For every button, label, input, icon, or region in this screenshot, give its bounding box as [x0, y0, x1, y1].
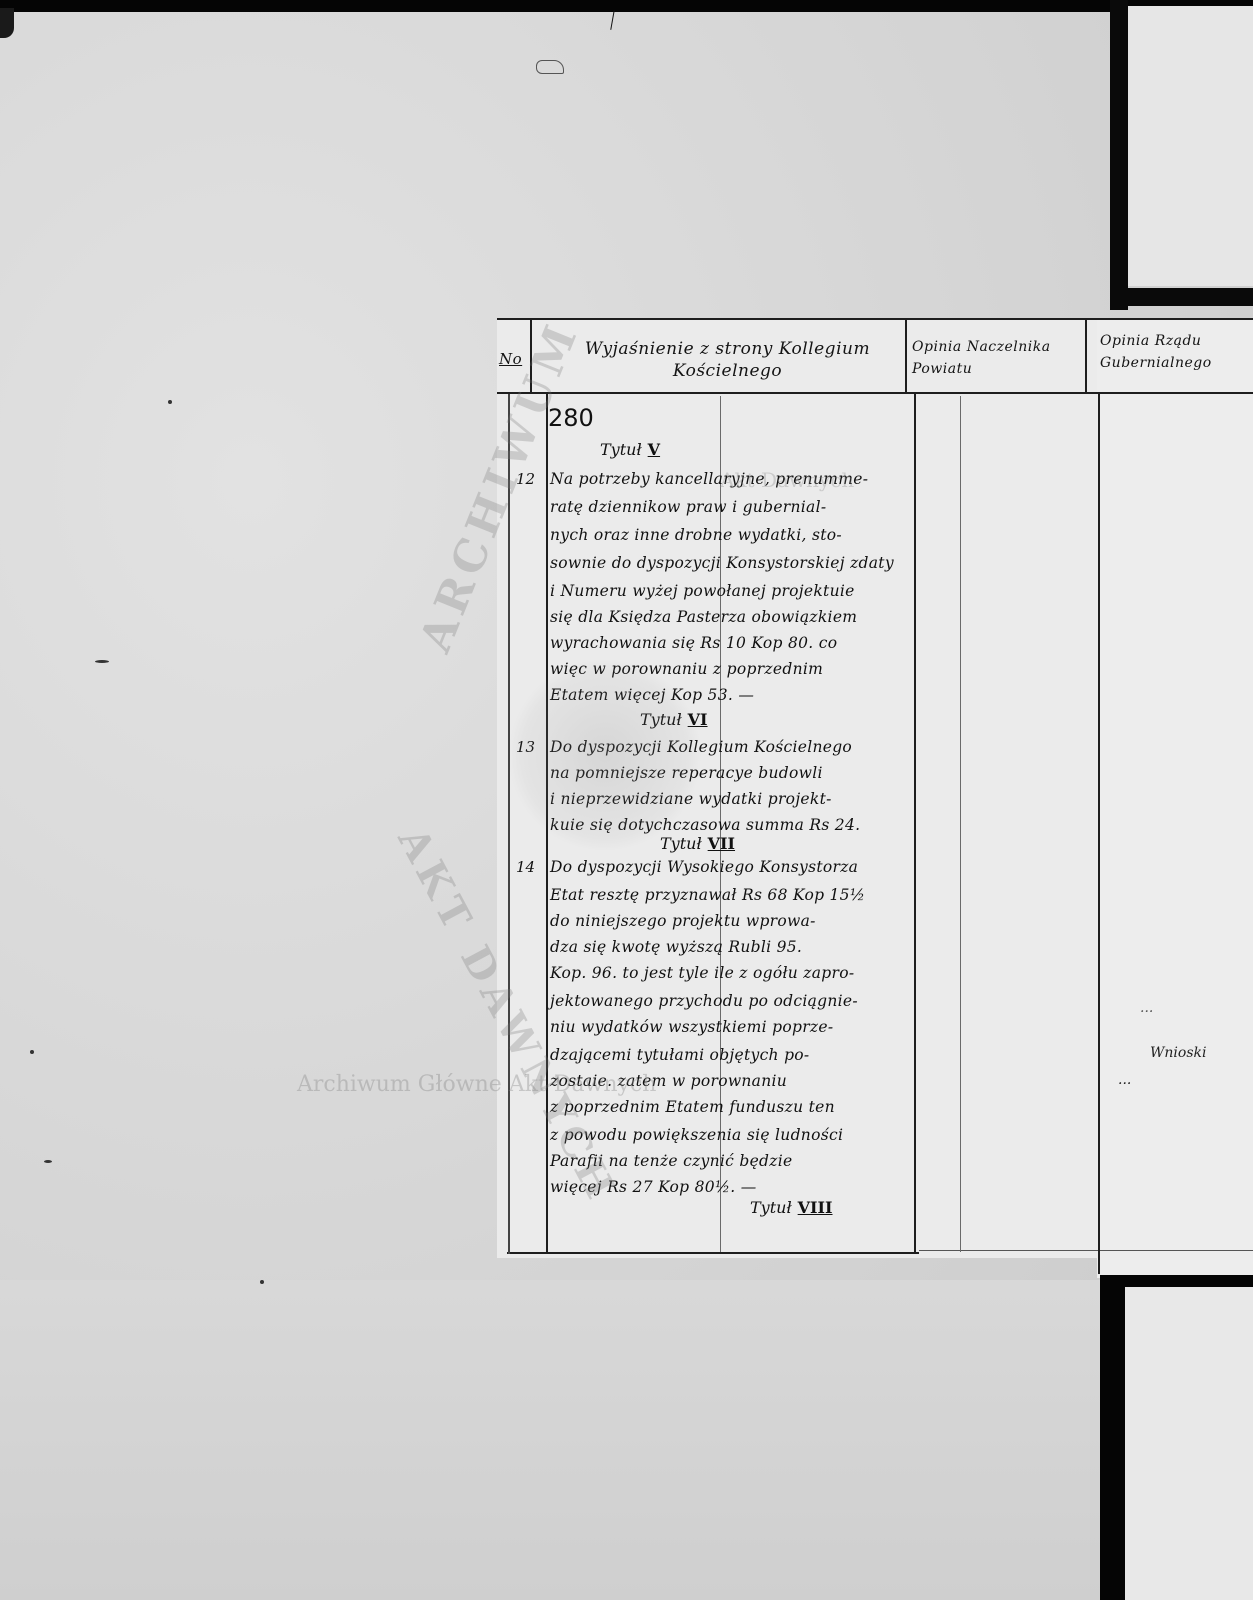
entry-line: nych oraz inne drobne wydatki, sto-: [550, 526, 842, 544]
section-roman: VIII: [798, 1198, 833, 1217]
entry-line: niu wydatków wszystkiemi poprze-: [550, 1018, 833, 1036]
entry-line: Etat resztę przyznawał Rs 68 Kop 15½: [550, 886, 865, 904]
section-roman: VII: [708, 834, 735, 853]
archive-seal-eagle: [505, 660, 705, 850]
entry-line: z poprzednim Etatem funduszu ten: [550, 1098, 835, 1116]
adjacent-page-top: [1128, 6, 1253, 286]
section-title-label: Tytuł: [750, 1198, 792, 1217]
entry-line: dza się kwotę wyższą Rubli 95.: [550, 938, 802, 956]
adjacent-page-bottom-border-v: [1100, 1275, 1125, 1600]
entry-line: sownie do dyspozycji Konsystorskiej zdat…: [550, 554, 894, 572]
header-opinion-district: Opinia Naczelnika Powiatu: [912, 336, 1082, 380]
scan-speck: [168, 400, 172, 404]
entry-line: wyrachowania się Rs 10 Kop 80. co: [550, 634, 837, 652]
entry-line: Kop. 96. to jest tyle ile z ogółu zapro-: [550, 964, 854, 982]
scan-corner-shadow: [0, 8, 14, 38]
scan-lower-area: [0, 1280, 1100, 1600]
scan-speck: [95, 660, 109, 663]
entry-line: dzającemi tytułami objętych po-: [550, 1046, 809, 1064]
scan-top-border: [0, 0, 1253, 12]
section-title-label: Tytuł: [600, 440, 642, 459]
archive-watermark-text-short: Akt Dawnych: [720, 468, 854, 492]
scan-speck: [44, 1160, 52, 1163]
margin-note: ...: [1140, 1000, 1153, 1016]
entry-line: do niniejszego projektu wprowa-: [550, 912, 816, 930]
scan-speck: [260, 1280, 264, 1284]
table-bottom-rule-right: [919, 1250, 1253, 1251]
adjacent-page-bottom-border-h: [1100, 1275, 1253, 1287]
archive-watermark-text: Archiwum Główne Akt Dawnych: [297, 1072, 656, 1097]
header-col-rule-2: [905, 318, 907, 394]
scan-speck: [30, 1050, 34, 1054]
table-top-rule: [497, 318, 1253, 320]
body-col-rule-3: [1098, 394, 1100, 1274]
header-bottom-rule: [497, 392, 1253, 394]
adjacent-page-bottom: [1125, 1287, 1253, 1600]
section-title-v: TytułV: [600, 440, 660, 459]
entry-line: Do dyspozycji Wysokiego Konsystorza: [550, 858, 858, 876]
entry-line: ratę dziennikow praw i gubernial-: [550, 498, 826, 516]
header-opinion-governorate: Opinia Rządu Gubernialnego: [1100, 330, 1250, 374]
margin-note: ...: [1118, 1072, 1131, 1088]
adjacent-page-edge: [1110, 288, 1253, 306]
entry-line: i Numeru wyżej powołanej projektuie: [550, 582, 855, 600]
header-explanation: Wyjaśnienie z strony Kollegium Kościelne…: [560, 338, 895, 382]
pencil-mark: [536, 60, 564, 74]
header-col-rule-3: [1085, 318, 1087, 394]
section-title-viii: TytułVIII: [750, 1198, 833, 1217]
header-no: No: [499, 348, 522, 370]
section-title-vii: TytułVII: [660, 834, 735, 853]
section-title-label: Tytuł: [660, 834, 702, 853]
margin-note: Wnioski: [1150, 1045, 1206, 1061]
faint-guide-line-2: [960, 396, 961, 1252]
body-col-rule-2: [914, 394, 916, 1252]
table-bottom-rule: [507, 1252, 919, 1254]
document-sheet-right-column: [1097, 318, 1253, 1278]
entry-line: się dla Księdza Pasterza obowiązkiem: [550, 608, 857, 626]
adjacent-page-divider: [1110, 0, 1128, 310]
entry-number: 14: [516, 858, 535, 876]
section-roman: V: [648, 440, 660, 459]
entry-line: jektowanego przychodu po odciągnie-: [550, 992, 858, 1010]
